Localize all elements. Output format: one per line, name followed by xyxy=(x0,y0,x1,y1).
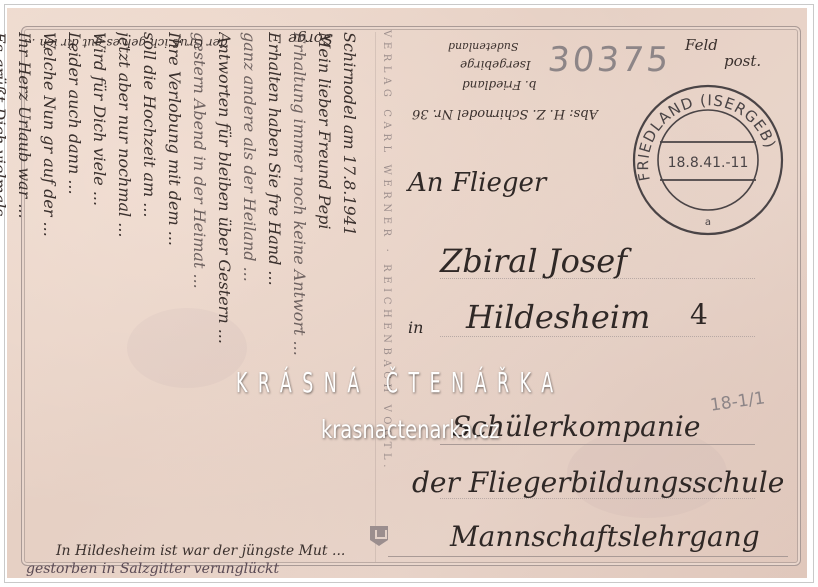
sender-line-3: Isergebirge xyxy=(460,58,531,72)
message-line: Erhalten haben Sie fre Hand ... xyxy=(262,32,287,557)
address-line-6: Mannschaftslehrgang xyxy=(450,520,760,553)
address-line-3-prefix: in xyxy=(408,318,423,337)
message-line: Mein lieber Freund Pepi xyxy=(312,32,337,557)
postmark-suffix: a xyxy=(705,217,711,228)
address-rule xyxy=(388,556,788,557)
sender-line-1: Abs: H. Z. Schirnodel Nr. 36 xyxy=(412,106,598,121)
message-line: Ihre Verlobung mit dem ... xyxy=(162,32,187,557)
message-line: jetzt aber nur nochmal ... xyxy=(112,32,137,557)
message-line: Es grüßt Dich vielmals ... xyxy=(0,32,12,557)
message-line: soll die Hochzeit am ... xyxy=(137,32,162,557)
card-divider xyxy=(375,32,376,562)
message-top-upside-2: der Gruß ich geh es gut dir ich ... xyxy=(24,36,227,50)
message-line: Schirnodel am 17.8.1941 xyxy=(337,32,362,557)
message-line: Antworten für bleiben über Gestern ... xyxy=(212,32,237,557)
publisher-imprint: VERLAG CARL WERNER · REICHENBACH VOGTL. xyxy=(381,30,392,472)
watermark-url: krasnactenarka.cz xyxy=(321,415,499,444)
address-rule xyxy=(440,336,755,337)
feldpost-label: Feld xyxy=(685,36,718,54)
message-line: Erhaltung immer noch keine Antwort ... xyxy=(287,32,312,557)
message-line: Ihr Herz Urlaub war ... xyxy=(12,32,37,557)
address-line-2: Zbiral Josef xyxy=(440,242,627,280)
address-line-3: Hildesheim xyxy=(466,298,650,336)
address-line-3-suffix: 4 xyxy=(690,298,708,331)
handwritten-message: Schirnodel am 17.8.1941 Mein lieber Freu… xyxy=(22,32,362,557)
message-line: ganz andere als der Heiland ... xyxy=(237,32,262,557)
message-bottom: In Hildesheim ist war der jüngste Mut ..… xyxy=(56,543,345,559)
message-line: gestern Abend in der Heimat ... xyxy=(187,32,212,557)
message-bottom-line-1: In Hildesheim ist war der jüngste Mut ..… xyxy=(56,543,345,559)
postmark-stamp-icon: FRIEDLAND (ISERGEB) 18.8.41.-11 a xyxy=(628,80,788,240)
address-line-1: An Flieger xyxy=(408,168,546,198)
feldpost-label-2: post. xyxy=(724,52,761,70)
sender-line-2: b. Friedland xyxy=(462,78,536,92)
postmark-date: 18.8.41.-11 xyxy=(668,155,749,171)
message-line: Welche Nun gr auf der ... xyxy=(37,32,62,557)
message-top-upside-1: Sorge xyxy=(288,30,333,48)
archive-number: 30375 xyxy=(546,40,673,80)
address-rule xyxy=(440,444,755,445)
message-line: Leider auch dann ... xyxy=(62,32,87,557)
sender-line-4: Sudetenland xyxy=(448,40,518,53)
message-bottom-line-2: gestorben in Salzgitter verunglückt xyxy=(26,561,279,577)
watermark-title: KRÁSNÁ ČTENÁŘKA xyxy=(236,366,564,399)
address-line-5: der Fliegerbildungsschule xyxy=(412,466,784,499)
message-line: Wird für Dich viele ... xyxy=(87,32,112,557)
